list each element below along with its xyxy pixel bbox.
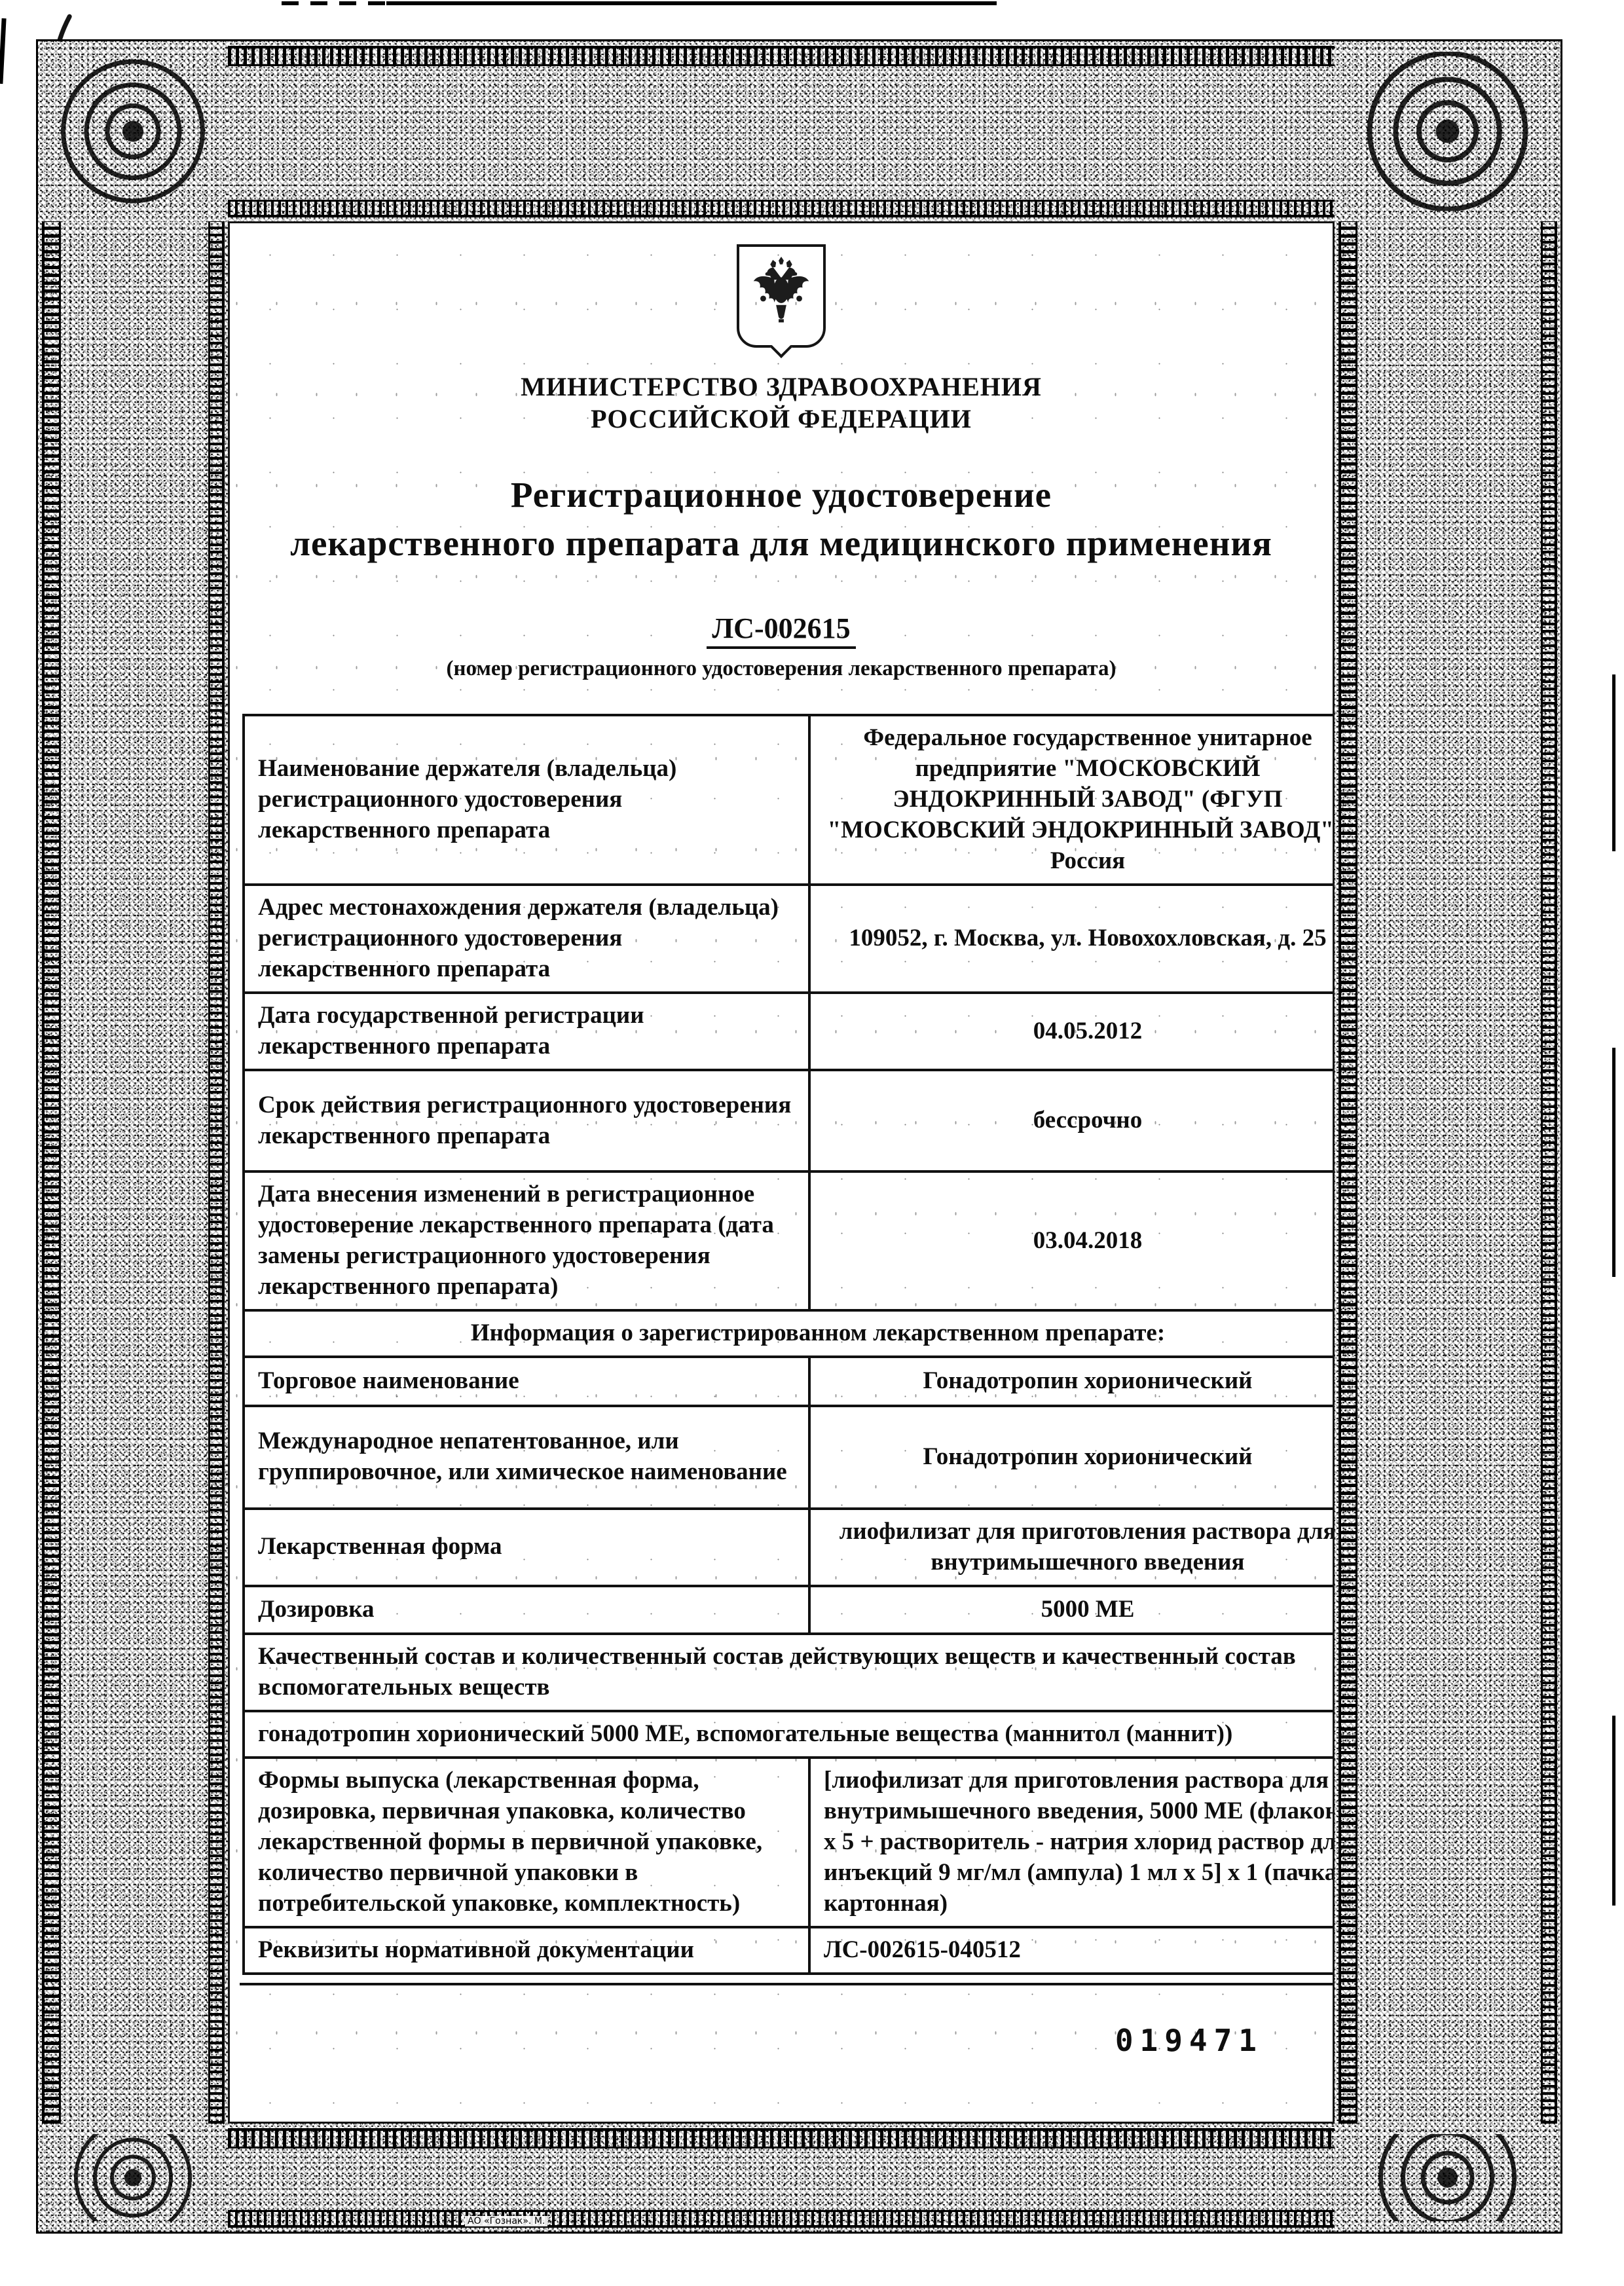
row-label: Срок действия регистрационного удостовер… <box>245 1071 811 1170</box>
table-row: Дата государственной регистрации лекарст… <box>245 991 1335 1069</box>
row-value: 109052, г. Москва, ул. Новохохловская, д… <box>811 886 1335 991</box>
table-row: гонадотропин хорионический 5000 МЕ, вспо… <box>245 1710 1335 1756</box>
row-label: Международное непатентованное, или групп… <box>245 1407 811 1507</box>
row-label: Дата государственной регистрации лекарст… <box>245 994 811 1069</box>
ministry-line1: МИНИСТЕРСТВО ЗДРАВООХРАНЕНИЯ <box>230 371 1333 403</box>
scanned-certificate-page: { "page": { "handwritten_mark": "6", "se… <box>0 0 1624 2286</box>
row-label: Дозировка <box>245 1587 811 1632</box>
table-row: Информация о зарегистрированном лекарств… <box>245 1309 1335 1355</box>
goznak-microtext: АО «Гознак». М. <box>465 2216 547 2226</box>
ornate-border-frame: МИНИСТЕРСТВО ЗДРАВООХРАНЕНИЯ РОССИЙСКОЙ … <box>36 39 1562 2234</box>
row-fulltext: Качественный состав и количественный сос… <box>245 1635 1335 1710</box>
serial-number: 019471 <box>1115 2023 1263 2058</box>
row-value: ЛС-002615-040512 <box>811 1928 1335 1972</box>
table-row: Адрес местонахождения держателя (владель… <box>245 883 1335 991</box>
scan-right-edge-line <box>1612 1048 1615 1277</box>
certificate-content: МИНИСТЕРСТВО ЗДРАВООХРАНЕНИЯ РОССИЙСКОЙ … <box>228 221 1335 2124</box>
row-label: Наименование держателя (владельца) регис… <box>245 716 811 883</box>
border-corner-bottom-left <box>38 2124 228 2232</box>
row-fulltext: гонадотропин хорионический 5000 МЕ, вспо… <box>245 1712 1335 1756</box>
table-row: Торговое наименованиеГонадотропин хорион… <box>245 1355 1335 1405</box>
table-row: Формы выпуска (лекарственная форма, дози… <box>245 1756 1335 1926</box>
russia-coat-of-arms-icon <box>748 256 814 336</box>
table-row: Лекарственная формалиофилизат для пригот… <box>245 1507 1335 1585</box>
row-value: лиофилизат для приготовления раствора дл… <box>811 1510 1335 1585</box>
registration-number: ЛС-002615 <box>707 612 855 649</box>
row-value: 5000 МЕ <box>811 1587 1335 1632</box>
registration-table-wrap: Наименование держателя (владельца) регис… <box>242 714 1335 1975</box>
document-title-line1: Регистрационное удостоверение <box>230 471 1333 520</box>
border-corner-top-right <box>1335 41 1560 221</box>
table-row: Международное непатентованное, или групп… <box>245 1405 1335 1507</box>
registration-number-caption: (номер регистрационного удостоверения ле… <box>230 657 1333 681</box>
table-row: Дата внесения изменений в регистрационно… <box>245 1170 1335 1309</box>
row-label: Лекарственная форма <box>245 1510 811 1585</box>
row-value: [лиофилизат для приготовления раствора д… <box>811 1759 1335 1926</box>
scan-right-edge-line <box>1612 674 1615 851</box>
row-label: Адрес местонахождения держателя (владель… <box>245 886 811 991</box>
row-value: 04.05.2012 <box>811 994 1335 1069</box>
table-row: Срок действия регистрационного удостовер… <box>245 1069 1335 1170</box>
scan-edge-solid-line <box>386 1 997 5</box>
border-band-right <box>1335 221 1560 2124</box>
border-corner-top-left <box>38 41 228 221</box>
border-band-top <box>228 41 1335 221</box>
row-value: Гонадотропин хорионический <box>811 1407 1335 1507</box>
row-value: 03.04.2018 <box>811 1173 1335 1309</box>
scan-edge-mark <box>0 18 7 84</box>
ministry-name: МИНИСТЕРСТВО ЗДРАВООХРАНЕНИЯ РОССИЙСКОЙ … <box>230 371 1333 435</box>
row-value: Федеральное государственное унитарное пр… <box>811 716 1335 883</box>
scan-right-edge-line <box>1612 1716 1615 1906</box>
document-title: Регистрационное удостоверение лекарствен… <box>230 471 1333 569</box>
row-label: Дата внесения изменений в регистрационно… <box>245 1173 811 1309</box>
row-value: бессрочно <box>811 1071 1335 1170</box>
border-corner-bottom-right <box>1335 2124 1560 2232</box>
document-title-line2: лекарственного препарата для медицинског… <box>230 519 1333 568</box>
table-row: Наименование держателя (владельца) регис… <box>245 716 1335 883</box>
table-row: Дозировка5000 МЕ <box>245 1585 1335 1632</box>
border-band-left <box>38 221 228 2124</box>
border-band-bottom: АО «Гознак». М. <box>228 2124 1335 2232</box>
row-label: Реквизиты нормативной документации <box>245 1928 811 1972</box>
row-label: Торговое наименование <box>245 1358 811 1405</box>
row-fulltext: Информация о зарегистрированном лекарств… <box>245 1312 1335 1355</box>
emblem-box <box>737 244 826 348</box>
table-row: Качественный состав и количественный сос… <box>245 1632 1335 1710</box>
table-row: Реквизиты нормативной документацииЛС-002… <box>245 1926 1335 1972</box>
row-label: Формы выпуска (лекарственная форма, дози… <box>245 1759 811 1926</box>
ministry-line2: РОССИЙСКОЙ ФЕДЕРАЦИИ <box>230 403 1333 435</box>
registration-table: Наименование держателя (владельца) регис… <box>242 714 1335 1975</box>
scan-edge-dashed-line <box>282 1 386 5</box>
row-value: Гонадотропин хорионический <box>811 1358 1335 1405</box>
